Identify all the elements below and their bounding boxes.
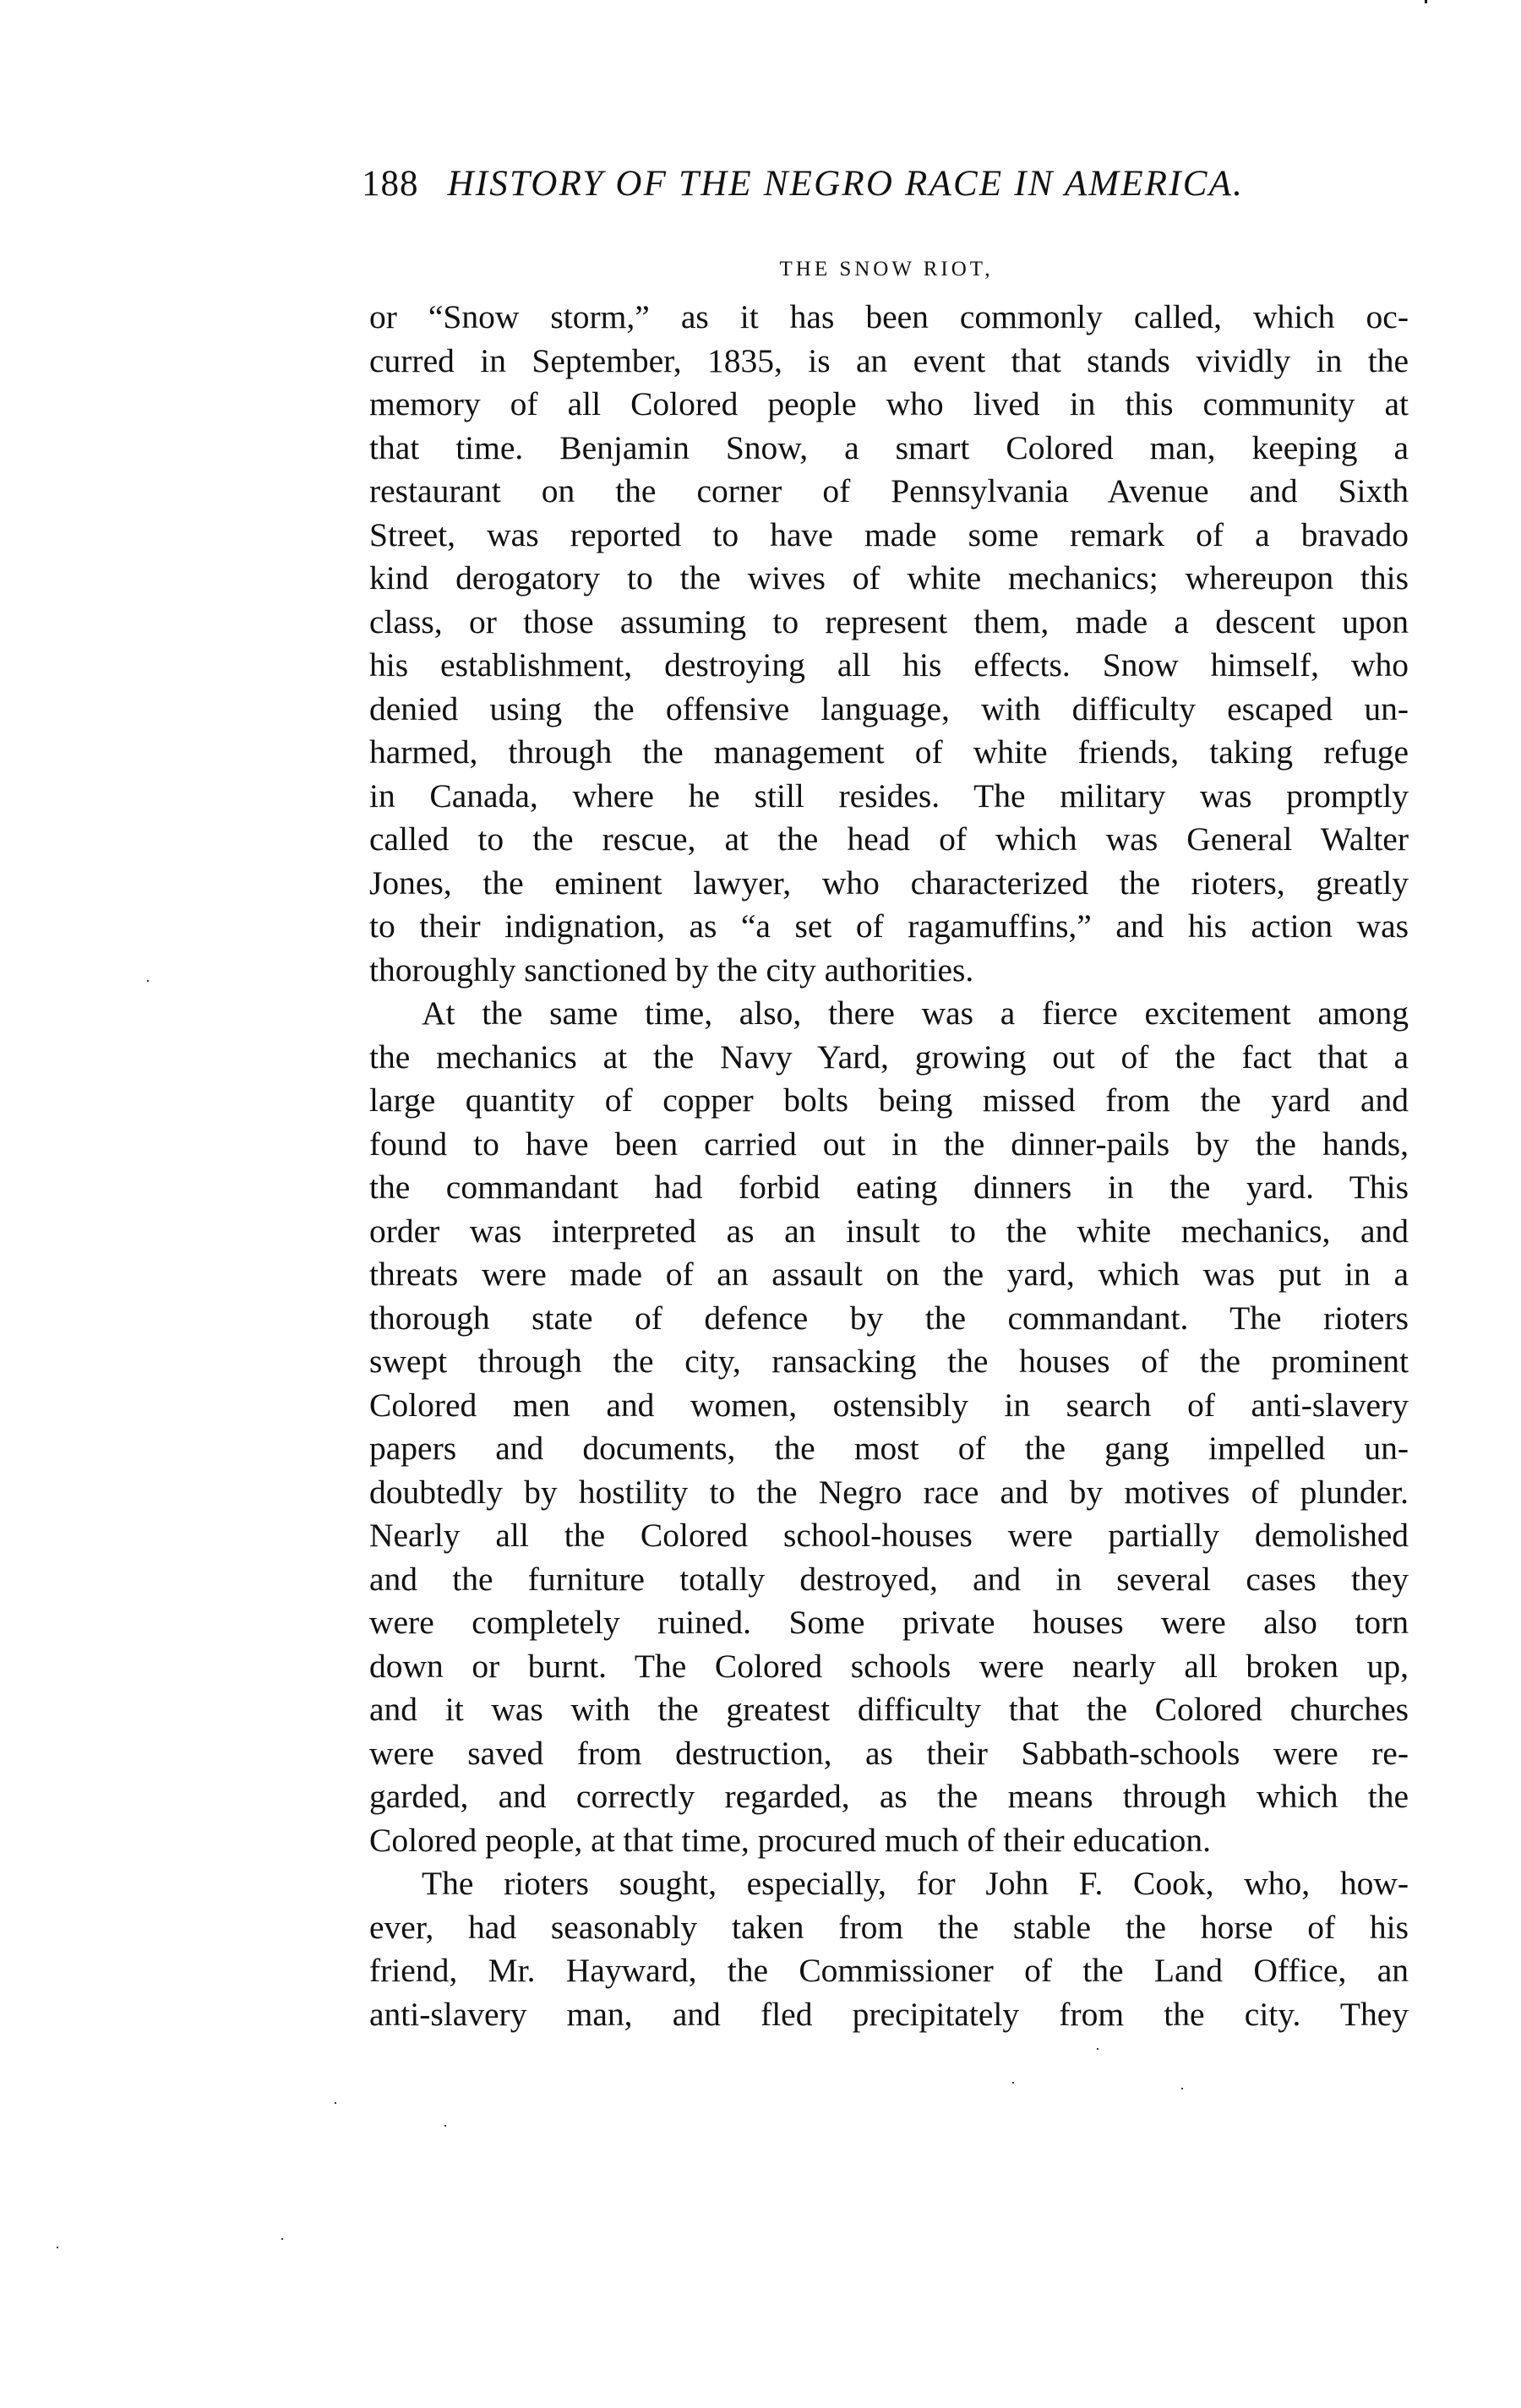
text-line: to their indignation, as “a set of ragam… bbox=[369, 905, 1409, 949]
running-title: HISTORY OF THE NEGRO RACE IN AMERICA. bbox=[448, 161, 1245, 208]
text-line: called to the rescue, at the head of whi… bbox=[369, 818, 1409, 862]
text-line: Colored men and women, ostensibly in sea… bbox=[369, 1384, 1409, 1428]
scan-speck bbox=[57, 2247, 58, 2248]
body-text: or “Snow storm,” as it has been commonly… bbox=[369, 296, 1409, 2036]
text-line: friend, Mr. Hayward, the Commissioner of… bbox=[369, 1949, 1409, 1993]
paragraph: At the same time, also, there was a fier… bbox=[369, 992, 1409, 1862]
text-line: and the furniture totally destroyed, and… bbox=[369, 1558, 1409, 1602]
text-line: were completely ruined. Some private hou… bbox=[369, 1601, 1409, 1645]
paragraph: The rioters sought, especially, for John… bbox=[369, 1862, 1409, 2036]
text-line: harmed, through the management of white … bbox=[369, 731, 1409, 775]
scan-speck bbox=[1012, 2082, 1014, 2084]
text-line: papers and documents, the most of the ga… bbox=[369, 1427, 1409, 1471]
text-line: and it was with the greatest difficulty … bbox=[369, 1688, 1409, 1732]
text-line: down or burnt. The Colored schools were … bbox=[369, 1645, 1409, 1689]
text-line: anti-slavery man, and fled precipitately… bbox=[369, 1993, 1409, 2037]
page-number: 188 bbox=[362, 161, 419, 208]
scan-speck bbox=[147, 980, 149, 982]
text-line: that time. Benjamin Snow, a smart Colore… bbox=[369, 427, 1409, 471]
text-line: Jones, the eminent lawyer, who character… bbox=[369, 862, 1409, 906]
text-line: thoroughly sanctioned by the city author… bbox=[369, 949, 1409, 993]
scan-speck bbox=[1425, 0, 1427, 3]
section-heading: THE SNOW RIOT, bbox=[0, 255, 1521, 284]
paragraph: or “Snow storm,” as it has been commonly… bbox=[369, 296, 1409, 992]
text-line: in Canada, where he still resides. The m… bbox=[369, 775, 1409, 819]
text-line: order was interpreted as an insult to th… bbox=[369, 1210, 1409, 1254]
scan-speck bbox=[1097, 2048, 1098, 2050]
text-line: the commandant had forbid eating dinners… bbox=[369, 1166, 1409, 1210]
text-line: thorough state of defence by the command… bbox=[369, 1297, 1409, 1341]
text-line: kind derogatory to the wives of white me… bbox=[369, 557, 1409, 601]
scan-speck bbox=[444, 2125, 446, 2127]
text-line: swept through the city, ransacking the h… bbox=[369, 1340, 1409, 1384]
text-line: The rioters sought, especially, for John… bbox=[369, 1862, 1409, 1906]
text-line: ever, had seasonably taken from the stab… bbox=[369, 1906, 1409, 1950]
text-line: memory of all Colored people who lived i… bbox=[369, 383, 1409, 427]
text-line: garded, and correctly regarded, as the m… bbox=[369, 1775, 1409, 1819]
text-line: were saved from destruction, as their Sa… bbox=[369, 1732, 1409, 1776]
scan-speck bbox=[1181, 2088, 1183, 2089]
text-line: found to have been carried out in the di… bbox=[369, 1123, 1409, 1167]
text-line: Nearly all the Colored school-houses wer… bbox=[369, 1514, 1409, 1558]
text-line: denied using the offensive language, wit… bbox=[369, 688, 1409, 732]
text-line: Street, was reported to have made some r… bbox=[369, 514, 1409, 558]
scan-speck bbox=[335, 2102, 336, 2104]
text-line: or “Snow storm,” as it has been commonly… bbox=[369, 296, 1409, 340]
text-line: Colored people, at that time, procured m… bbox=[369, 1819, 1409, 1863]
text-line: his establishment, destroying all his ef… bbox=[369, 644, 1409, 688]
text-line: large quantity of copper bolts being mis… bbox=[369, 1079, 1409, 1123]
text-line: curred in September, 1835, is an event t… bbox=[369, 340, 1409, 384]
scan-speck bbox=[281, 2238, 283, 2240]
text-line: class, or those assuming to represent th… bbox=[369, 601, 1409, 645]
running-head: 188HISTORY OF THE NEGRO RACE IN AMERICA. bbox=[362, 161, 1409, 208]
text-line: threats were made of an assault on the y… bbox=[369, 1253, 1409, 1297]
text-line: At the same time, also, there was a fier… bbox=[369, 992, 1409, 1036]
text-line: restaurant on the corner of Pennsylvania… bbox=[369, 470, 1409, 514]
text-line: doubtedly by hostility to the Negro race… bbox=[369, 1471, 1409, 1515]
text-line: the mechanics at the Navy Yard, growing … bbox=[369, 1036, 1409, 1080]
